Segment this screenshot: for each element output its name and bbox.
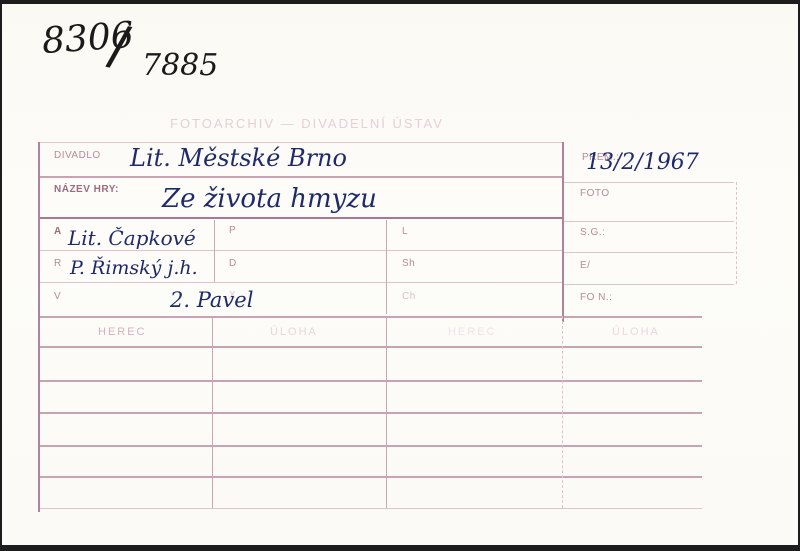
row-line-2	[40, 217, 562, 219]
value-v: 2. Pavel	[170, 288, 253, 312]
row-line-4	[40, 282, 562, 283]
label-p: P	[229, 225, 236, 236]
value-nazev-hry: Ze života hmyzu	[162, 184, 377, 214]
label-l: L	[402, 226, 408, 237]
label-sh: Sh	[402, 258, 415, 269]
row-line-9	[40, 445, 702, 447]
col-divider-main	[562, 142, 564, 322]
value-divadlo: Lit. Městské Brno	[130, 144, 347, 172]
right-panel-edge	[736, 182, 737, 284]
value-r: P. Řimský j.h.	[70, 257, 198, 279]
label-nazev-hry: NÁZEV HRY:	[54, 184, 119, 195]
row-line-7	[40, 380, 702, 382]
row-line-3	[40, 250, 562, 251]
right-line-4	[564, 284, 734, 285]
label-divadlo: DIVADLO	[54, 150, 101, 161]
label-foto: FOTO	[580, 188, 610, 199]
row-line-8	[40, 412, 702, 414]
label-e: E/	[580, 260, 590, 271]
right-line-2	[564, 221, 734, 222]
value-a: Lit. Čapkové	[68, 226, 196, 250]
archive-card: 8306 / 7885 FOTOARCHIV — DIVADELNÍ ÚSTAV	[2, 4, 798, 545]
right-line-1	[564, 182, 734, 183]
form-top-line	[40, 142, 562, 143]
table-header-herec-2: HEREC	[448, 326, 497, 338]
archive-number-bottom: 7885	[142, 48, 218, 83]
label-d: D	[229, 258, 237, 269]
col-divider-a	[214, 220, 215, 282]
value-premiera: 13/2/1967	[586, 150, 699, 175]
label-r: R	[54, 258, 62, 269]
label-v: V	[54, 291, 61, 302]
row-line-10	[40, 476, 702, 478]
table-col-3	[562, 316, 563, 508]
table-col-2	[386, 316, 387, 508]
table-header-uloha-1: ÚLOHA	[270, 326, 318, 338]
row-line-6	[40, 346, 702, 348]
table-header-herec-1: HEREC	[98, 326, 147, 338]
label-ch: Ch	[402, 291, 416, 302]
form-bottom-line	[40, 508, 702, 509]
label-sg: S.G.:	[580, 227, 605, 238]
col-divider-b	[386, 220, 387, 314]
label-a: A	[54, 226, 62, 237]
table-col-1	[212, 316, 213, 508]
form-left-border	[38, 142, 40, 512]
right-line-3	[564, 252, 734, 253]
label-fo-n: FO N.:	[580, 292, 612, 303]
row-line-5	[40, 316, 702, 318]
table-header-uloha-2: ÚLOHA	[612, 326, 660, 338]
archive-header-title: FOTOARCHIV — DIVADELNÍ ÚSTAV	[170, 116, 444, 131]
row-line-1	[40, 176, 562, 178]
